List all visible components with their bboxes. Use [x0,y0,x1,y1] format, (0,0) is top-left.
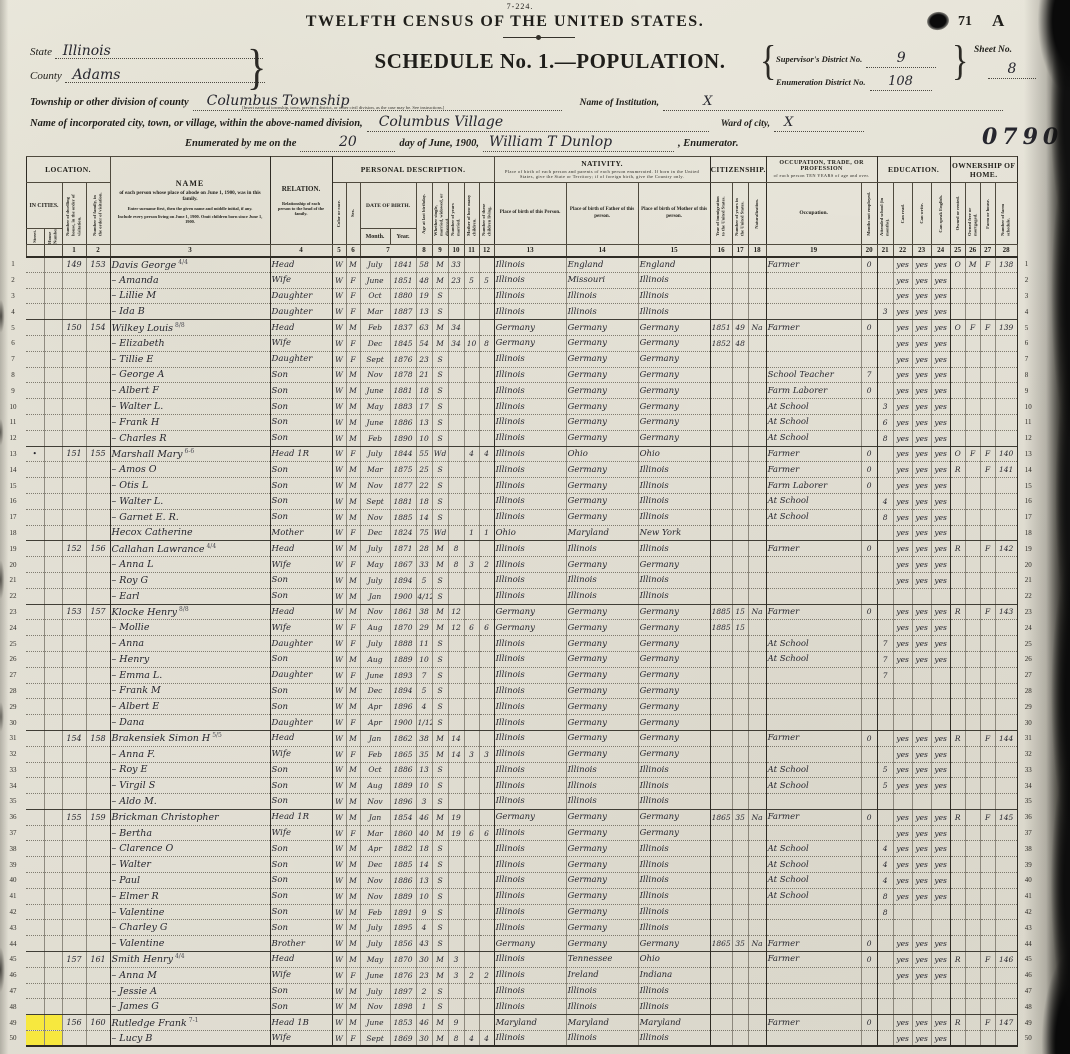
row-number-right: 35 [1017,794,1070,810]
cell-can_read: yes [893,762,912,778]
cell-years_married [448,478,464,494]
cell-color: W [332,857,346,873]
cell-family [86,620,110,636]
cell-can_read: yes [893,351,912,367]
cell-pob_father: Germany [566,478,638,494]
cell-free_mortgaged [965,1015,980,1031]
row-number-right: 31 [1017,730,1070,746]
cell-relation: Son [270,651,332,667]
cell-dwelling [62,904,86,920]
cell-birth_month: Jan [360,730,390,746]
cell-pob: Germany [494,620,566,636]
cell-months_unemployed: 0 [861,462,877,478]
row-number-right: 28 [1017,683,1070,699]
cell-yrs_us [732,414,748,430]
cell-farm_schedule [995,825,1017,841]
column-number: 1 [62,245,86,257]
cell-naturalization [748,699,766,715]
cell-farm_schedule [995,478,1017,494]
cell-can_speak [931,588,950,604]
supervisor-line: Supervisor's District No. 9 [776,49,936,68]
cell-birth_year: 1853 [390,1015,416,1031]
cell-farm_schedule [995,667,1017,683]
cell-pob_mother: Illinois [638,478,710,494]
cell-color: W [332,478,346,494]
cell-street [26,715,44,731]
cell-family [86,920,110,936]
cell-mother_of [464,588,479,604]
cell-birth_year: 1851 [390,272,416,288]
cell-age: 35 [416,746,432,762]
cell-birth_year: 1861 [390,604,416,620]
cell-owned_rented [950,888,965,904]
cell-sex: M [346,604,360,620]
cell-yrs_us [732,778,748,794]
cell-naturalization [748,778,766,794]
header-can-write: Can write. [912,183,931,245]
cell-house [44,888,62,904]
cell-months_unemployed [861,746,877,762]
cell-birth_month: July [360,936,390,952]
cell-name: – Charley G [110,920,270,936]
cell-can_write: yes [912,1015,931,1031]
census-row: 19152156Callahan Lawrance4/4HeadWMJuly18… [0,541,1070,557]
cell-children_living [479,794,494,810]
cell-pob_mother: Germany [638,351,710,367]
cell-birth_year: 1882 [390,841,416,857]
cell-can_speak: yes [931,288,950,304]
page-stamp-letter: A [992,11,1004,31]
cell-children_living [479,414,494,430]
relation-desc: Relationship of each person to the head … [276,201,327,217]
cell-relation: Son [270,699,332,715]
row-number-right: 14 [1017,462,1070,478]
cell-color: W [332,367,346,383]
cell-name: – Walter L. [110,399,270,415]
cell-years_married [448,588,464,604]
cell-occupation: Farmer [766,809,861,825]
cell-house [44,462,62,478]
cell-farm_house [980,778,995,794]
cell-birth_year: 1886 [390,873,416,889]
census-scan-page: 7-224. TWELFTH CENSUS OF THE UNITED STAT… [0,0,1070,1054]
cell-years_married: 14 [448,746,464,762]
cell-mother_of [464,809,479,825]
cell-dwelling [62,620,86,636]
cell-birth_year: 1894 [390,683,416,699]
cell-can_speak [931,683,950,699]
cell-birth_month: May [360,399,390,415]
cell-can_read: yes [893,952,912,968]
cell-years_married [448,888,464,904]
cell-farm_schedule [995,493,1017,509]
cell-birth_month: Dec [360,525,390,541]
cell-naturalization [748,857,766,873]
header-can-read: Can read. [893,183,912,245]
cell-age: 28 [416,541,432,557]
cell-street [26,588,44,604]
row-number-left: 23 [0,604,26,620]
cell-age: 58 [416,257,432,273]
cell-occupation: At School [766,636,861,652]
cell-name: – Amanda [110,272,270,288]
cell-months_unemployed: 0 [861,809,877,825]
cell-color: W [332,730,346,746]
cell-pob: Illinois [494,588,566,604]
cell-marital: S [432,288,448,304]
cell-occupation: Farm Laborer [766,383,861,399]
cell-can_write: yes [912,762,931,778]
cell-children_living: 2 [479,557,494,573]
cell-can_read: yes [893,967,912,983]
cell-pob: Germany [494,335,566,351]
cell-can_speak [931,920,950,936]
cell-children_living [479,667,494,683]
cell-age: 13 [416,414,432,430]
cell-pob: Germany [494,936,566,952]
cell-yrs_us: 15 [732,604,748,620]
cell-marital: S [432,367,448,383]
cell-relation: Head [270,604,332,620]
cell-farm_schedule [995,983,1017,999]
cell-can_read: yes [893,399,912,415]
cell-pob_mother: Illinois [638,762,710,778]
cell-free_mortgaged [965,351,980,367]
cell-relation: Daughter [270,636,332,652]
cell-can_speak [931,699,950,715]
cell-owned_rented [950,430,965,446]
cell-sex: M [346,809,360,825]
cell-age: 25 [416,462,432,478]
cell-free_mortgaged [965,809,980,825]
census-row: 40– PaulSonWMNov188613SIllinoisGermanyIl… [0,873,1070,889]
cell-name: Callahan Lawrance4/4 [110,541,270,557]
cell-house [44,257,62,273]
cell-naturalization [748,983,766,999]
cell-farm_schedule: 139 [995,320,1017,336]
cell-attended_school: 3 [877,304,893,320]
cell-attended_school [877,335,893,351]
cell-months_unemployed [861,414,877,430]
cell-free_mortgaged [965,399,980,415]
cell-dwelling [62,414,86,430]
cell-street [26,430,44,446]
cell-children_living [479,936,494,952]
cell-birth_month: July [360,446,390,462]
row-number-right: 1 [1017,257,1070,273]
row-number-left: 16 [0,493,26,509]
cell-marital: M [432,967,448,983]
cell-yrs_us: 15 [732,620,748,636]
cell-free_mortgaged [965,667,980,683]
cell-attended_school: 8 [877,509,893,525]
cell-age: 10 [416,778,432,794]
cell-yrs_us [732,967,748,983]
cell-farm_house: F [980,1015,995,1031]
cell-pob_father: Germany [566,604,638,620]
cell-pob: Illinois [494,478,566,494]
header-owned-rented: Owned or rented. [950,183,965,245]
cell-family [86,572,110,588]
cell-name: – Paul [110,873,270,889]
cell-relation: Wife [270,557,332,573]
cell-house [44,414,62,430]
cell-free_mortgaged [965,272,980,288]
cell-can_speak: yes [931,446,950,462]
cell-marital: S [432,841,448,857]
nativity-desc: Place of birth of each person and parent… [498,169,707,179]
cell-free_mortgaged [965,920,980,936]
cell-immig_year [710,288,732,304]
cell-name: – Frank M [110,683,270,699]
cell-attended_school [877,794,893,810]
cell-farm_house [980,525,995,541]
cell-occupation: At School [766,399,861,415]
cell-age: 10 [416,430,432,446]
cell-naturalization [748,841,766,857]
cell-can_read: yes [893,778,912,794]
cell-farm_house: F [980,462,995,478]
cell-can_write [912,920,931,936]
cell-pob: Illinois [494,794,566,810]
cell-house [44,936,62,952]
cell-pob: Illinois [494,983,566,999]
cell-owned_rented [950,873,965,889]
cell-years_married [448,446,464,462]
cell-yrs_us [732,699,748,715]
cell-age: 9 [416,904,432,920]
cell-age: 18 [416,383,432,399]
cell-months_unemployed [861,967,877,983]
cell-can_speak: yes [931,257,950,273]
pencil-note: 8/8 [179,606,189,613]
cell-mother_of [464,383,479,399]
cell-months_unemployed [861,683,877,699]
census-row: 10– Walter L.SonWMMay188317SIllinoisGerm… [0,399,1070,415]
cell-occupation [766,304,861,320]
cell-months_unemployed: 0 [861,1015,877,1031]
cell-can_read [893,715,912,731]
cell-pob_mother: Illinois [638,272,710,288]
cell-can_write: yes [912,367,931,383]
cell-color: W [332,967,346,983]
cell-birth_year: 1869 [390,1031,416,1047]
cell-years_married [448,762,464,778]
cell-street: • [26,446,44,462]
cell-mother_of: 6 [464,620,479,636]
cell-birth_month: June [360,667,390,683]
row-number-left: 8 [0,367,26,383]
cell-occupation [766,825,861,841]
row-number-left: 24 [0,620,26,636]
cell-dwelling [62,335,86,351]
cell-marital: M [432,604,448,620]
cell-street [26,399,44,415]
cell-years_married [448,983,464,999]
cell-dwelling [62,651,86,667]
cell-house [44,667,62,683]
row-number-left: 2 [0,272,26,288]
cell-can_read [893,999,912,1015]
cell-years_married [448,873,464,889]
schedule-title: SCHEDULE No. 1.—POPULATION. [340,49,760,74]
cell-farm_schedule [995,762,1017,778]
row-number-right: 5 [1017,320,1070,336]
cell-street [26,288,44,304]
cell-immig_year [710,525,732,541]
cell-owned_rented [950,762,965,778]
cell-pob_father: Germany [566,683,638,699]
cell-sex: M [346,414,360,430]
cell-age: 2 [416,983,432,999]
cell-free_mortgaged [965,588,980,604]
cell-farm_house [980,430,995,446]
cell-occupation [766,699,861,715]
cell-family [86,904,110,920]
cell-birth_month: Jan [360,588,390,604]
cell-pob_father: Germany [566,904,638,920]
cell-name: – Lillie M [110,288,270,304]
cell-birth_year: 1900 [390,588,416,604]
row-number-left: 25 [0,636,26,652]
cell-sex: F [346,335,360,351]
cell-mother_of [464,367,479,383]
cell-free_mortgaged [965,478,980,494]
cell-mother_of [464,351,479,367]
cell-sex: M [346,983,360,999]
cell-family [86,825,110,841]
cell-birth_month: June [360,1015,390,1031]
cell-street [26,825,44,841]
cell-can_write: yes [912,778,931,794]
cell-yrs_us [732,383,748,399]
cell-dwelling: 157 [62,952,86,968]
cell-years_married [448,383,464,399]
cell-can_speak: yes [931,525,950,541]
cell-occupation: Farmer [766,462,861,478]
cell-pob_mother: Germany [638,620,710,636]
cell-color: W [332,620,346,636]
cell-pob_father: Ohio [566,446,638,462]
cell-street [26,320,44,336]
cell-attended_school [877,272,893,288]
cell-house [44,335,62,351]
census-row: 12– Charles RSonWMFeb189010SIllinoisGerm… [0,430,1070,446]
cell-naturalization [748,967,766,983]
cell-mother_of [464,636,479,652]
cell-color: W [332,446,346,462]
cell-can_write: yes [912,746,931,762]
row-number-right: 11 [1017,414,1070,430]
cell-birth_month: July [360,920,390,936]
cell-yrs_us: 35 [732,809,748,825]
cell-naturalization: Na [748,604,766,620]
cell-years_married [448,841,464,857]
cell-farm_house [980,699,995,715]
cell-age: 11 [416,636,432,652]
cell-name: – Emma L. [110,667,270,683]
column-number: 23 [912,245,931,257]
cell-birth_month: June [360,967,390,983]
cell-color: W [332,351,346,367]
cell-house [44,683,62,699]
cell-marital: S [432,794,448,810]
cell-can_speak: yes [931,888,950,904]
cell-age: 30 [416,1031,432,1047]
row-number-right: 10 [1017,399,1070,415]
cell-occupation: At School [766,430,861,446]
pencil-note: 4/4 [206,543,216,550]
section-personal-description: PERSONAL DESCRIPTION. [332,157,494,183]
cell-occupation: At School [766,414,861,430]
cell-farm_house [980,825,995,841]
cell-mother_of [464,778,479,794]
cell-naturalization [748,478,766,494]
cell-relation: Wife [270,967,332,983]
cell-pob_mother: Maryland [638,1015,710,1031]
cell-name: – Anna [110,636,270,652]
cell-mother_of [464,841,479,857]
cell-birth_year: 1862 [390,730,416,746]
row-number-right: 8 [1017,367,1070,383]
cell-can_speak: yes [931,841,950,857]
cell-attended_school [877,983,893,999]
cell-street [26,983,44,999]
column-number: 18 [748,245,766,257]
cell-years_married [448,667,464,683]
cell-name: – Valentine [110,904,270,920]
cell-months_unemployed [861,857,877,873]
cell-birth_year: 1841 [390,257,416,273]
cell-color: W [332,304,346,320]
cell-pob_father: Germany [566,857,638,873]
cell-house [44,572,62,588]
cell-immig_year [710,272,732,288]
cell-can_read: yes [893,272,912,288]
cell-sex: F [346,446,360,462]
cell-name: – Valentine [110,936,270,952]
cell-family [86,509,110,525]
cell-house [44,288,62,304]
cell-can_write: yes [912,636,931,652]
cell-immig_year [710,967,732,983]
cell-color: W [332,936,346,952]
cell-yrs_us [732,667,748,683]
column-number: 26 [965,245,980,257]
cell-house [44,604,62,620]
cell-can_read: yes [893,841,912,857]
cell-marital: S [432,873,448,889]
cell-years_married: 19 [448,809,464,825]
header-date-of-birth: DATE OF BIRTH. [360,183,416,229]
cell-pob: Illinois [494,399,566,415]
cell-occupation: Farmer [766,604,861,620]
cell-owned_rented [950,557,965,573]
cell-immig_year [710,414,732,430]
header-farm-house: Farm or house. [980,183,995,245]
cell-immig_year: 1851 [710,320,732,336]
cell-owned_rented [950,936,965,952]
cell-occupation: At School [766,509,861,525]
row-number-right: 18 [1017,525,1070,541]
row-number-right: 26 [1017,651,1070,667]
cell-owned_rented: R [950,1015,965,1031]
cell-children_living [479,636,494,652]
cell-immig_year [710,383,732,399]
cell-years_married: 8 [448,557,464,573]
cell-can_speak: yes [931,1031,950,1047]
cell-family [86,983,110,999]
